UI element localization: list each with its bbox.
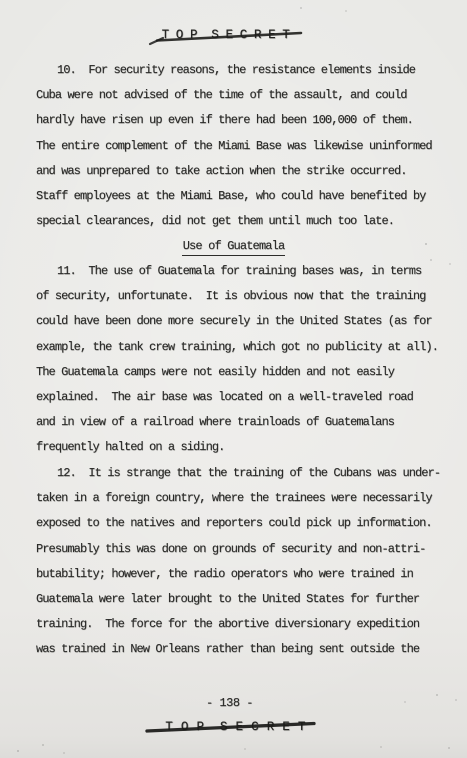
text-line: of security, unfortunate. It is obvious …	[36, 284, 438, 309]
text-line: 11. The use of Guatemala for training ba…	[36, 259, 438, 284]
text-line: taken in a foreign country, where the tr…	[36, 486, 440, 511]
text-line: Cuba were not advised of the time of the…	[36, 83, 432, 108]
classification-top: T O P S E C R E T	[0, 28, 459, 43]
text-line: frequently halted on a siding.	[36, 435, 438, 460]
paragraph-11: 11. The use of Guatemala for training ba…	[36, 259, 438, 461]
page-number: - 138 -	[0, 691, 463, 716]
paragraph-10: 10. For security reasons, the resistance…	[36, 58, 432, 234]
text-line: special clearances, did not get them unt…	[36, 209, 432, 234]
text-line: butability; however, the radio operators…	[36, 562, 440, 587]
section-heading-text: Use of Guatemala	[182, 239, 286, 256]
scan-noise	[0, 0, 2, 2]
text-line: 10. For security reasons, the resistance…	[36, 58, 432, 83]
text-line: and in view of a railroad where trainloa…	[36, 410, 438, 435]
text-line: example, the tank crew training, which g…	[36, 335, 438, 360]
text-line: exposed to the natives and reporters cou…	[36, 511, 440, 536]
text-line: hardly have risen up even if there had b…	[36, 108, 432, 133]
section-heading: Use of Guatemala	[0, 233, 467, 259]
text-line: The entire complement of the Miami Base …	[36, 134, 432, 159]
text-line: and was unprepared to take action when t…	[36, 159, 432, 184]
text-line: training. The force for the abortive div…	[36, 612, 440, 637]
text-line: could have been done more securely in th…	[36, 309, 438, 334]
text-line: Presumably this was done on grounds of s…	[36, 537, 440, 562]
paragraph-12: 12. It is strange that the training of t…	[36, 461, 440, 663]
classification-bottom: T O P S E C R E T	[2, 720, 467, 735]
text-line: explained. The air base was located on a…	[36, 385, 438, 410]
text-line: Guatemala were later brought to the Unit…	[36, 587, 440, 612]
text-line: 12. It is strange that the training of t…	[36, 461, 440, 486]
document-page: T O P S E C R E T 10. For security reaso…	[0, 0, 467, 758]
text-line: The Guatemala camps were not easily hidd…	[36, 360, 438, 385]
text-line: was trained in New Orleans rather than b…	[36, 637, 440, 662]
text-line: Staff employees at the Miami Base, who c…	[36, 184, 432, 209]
